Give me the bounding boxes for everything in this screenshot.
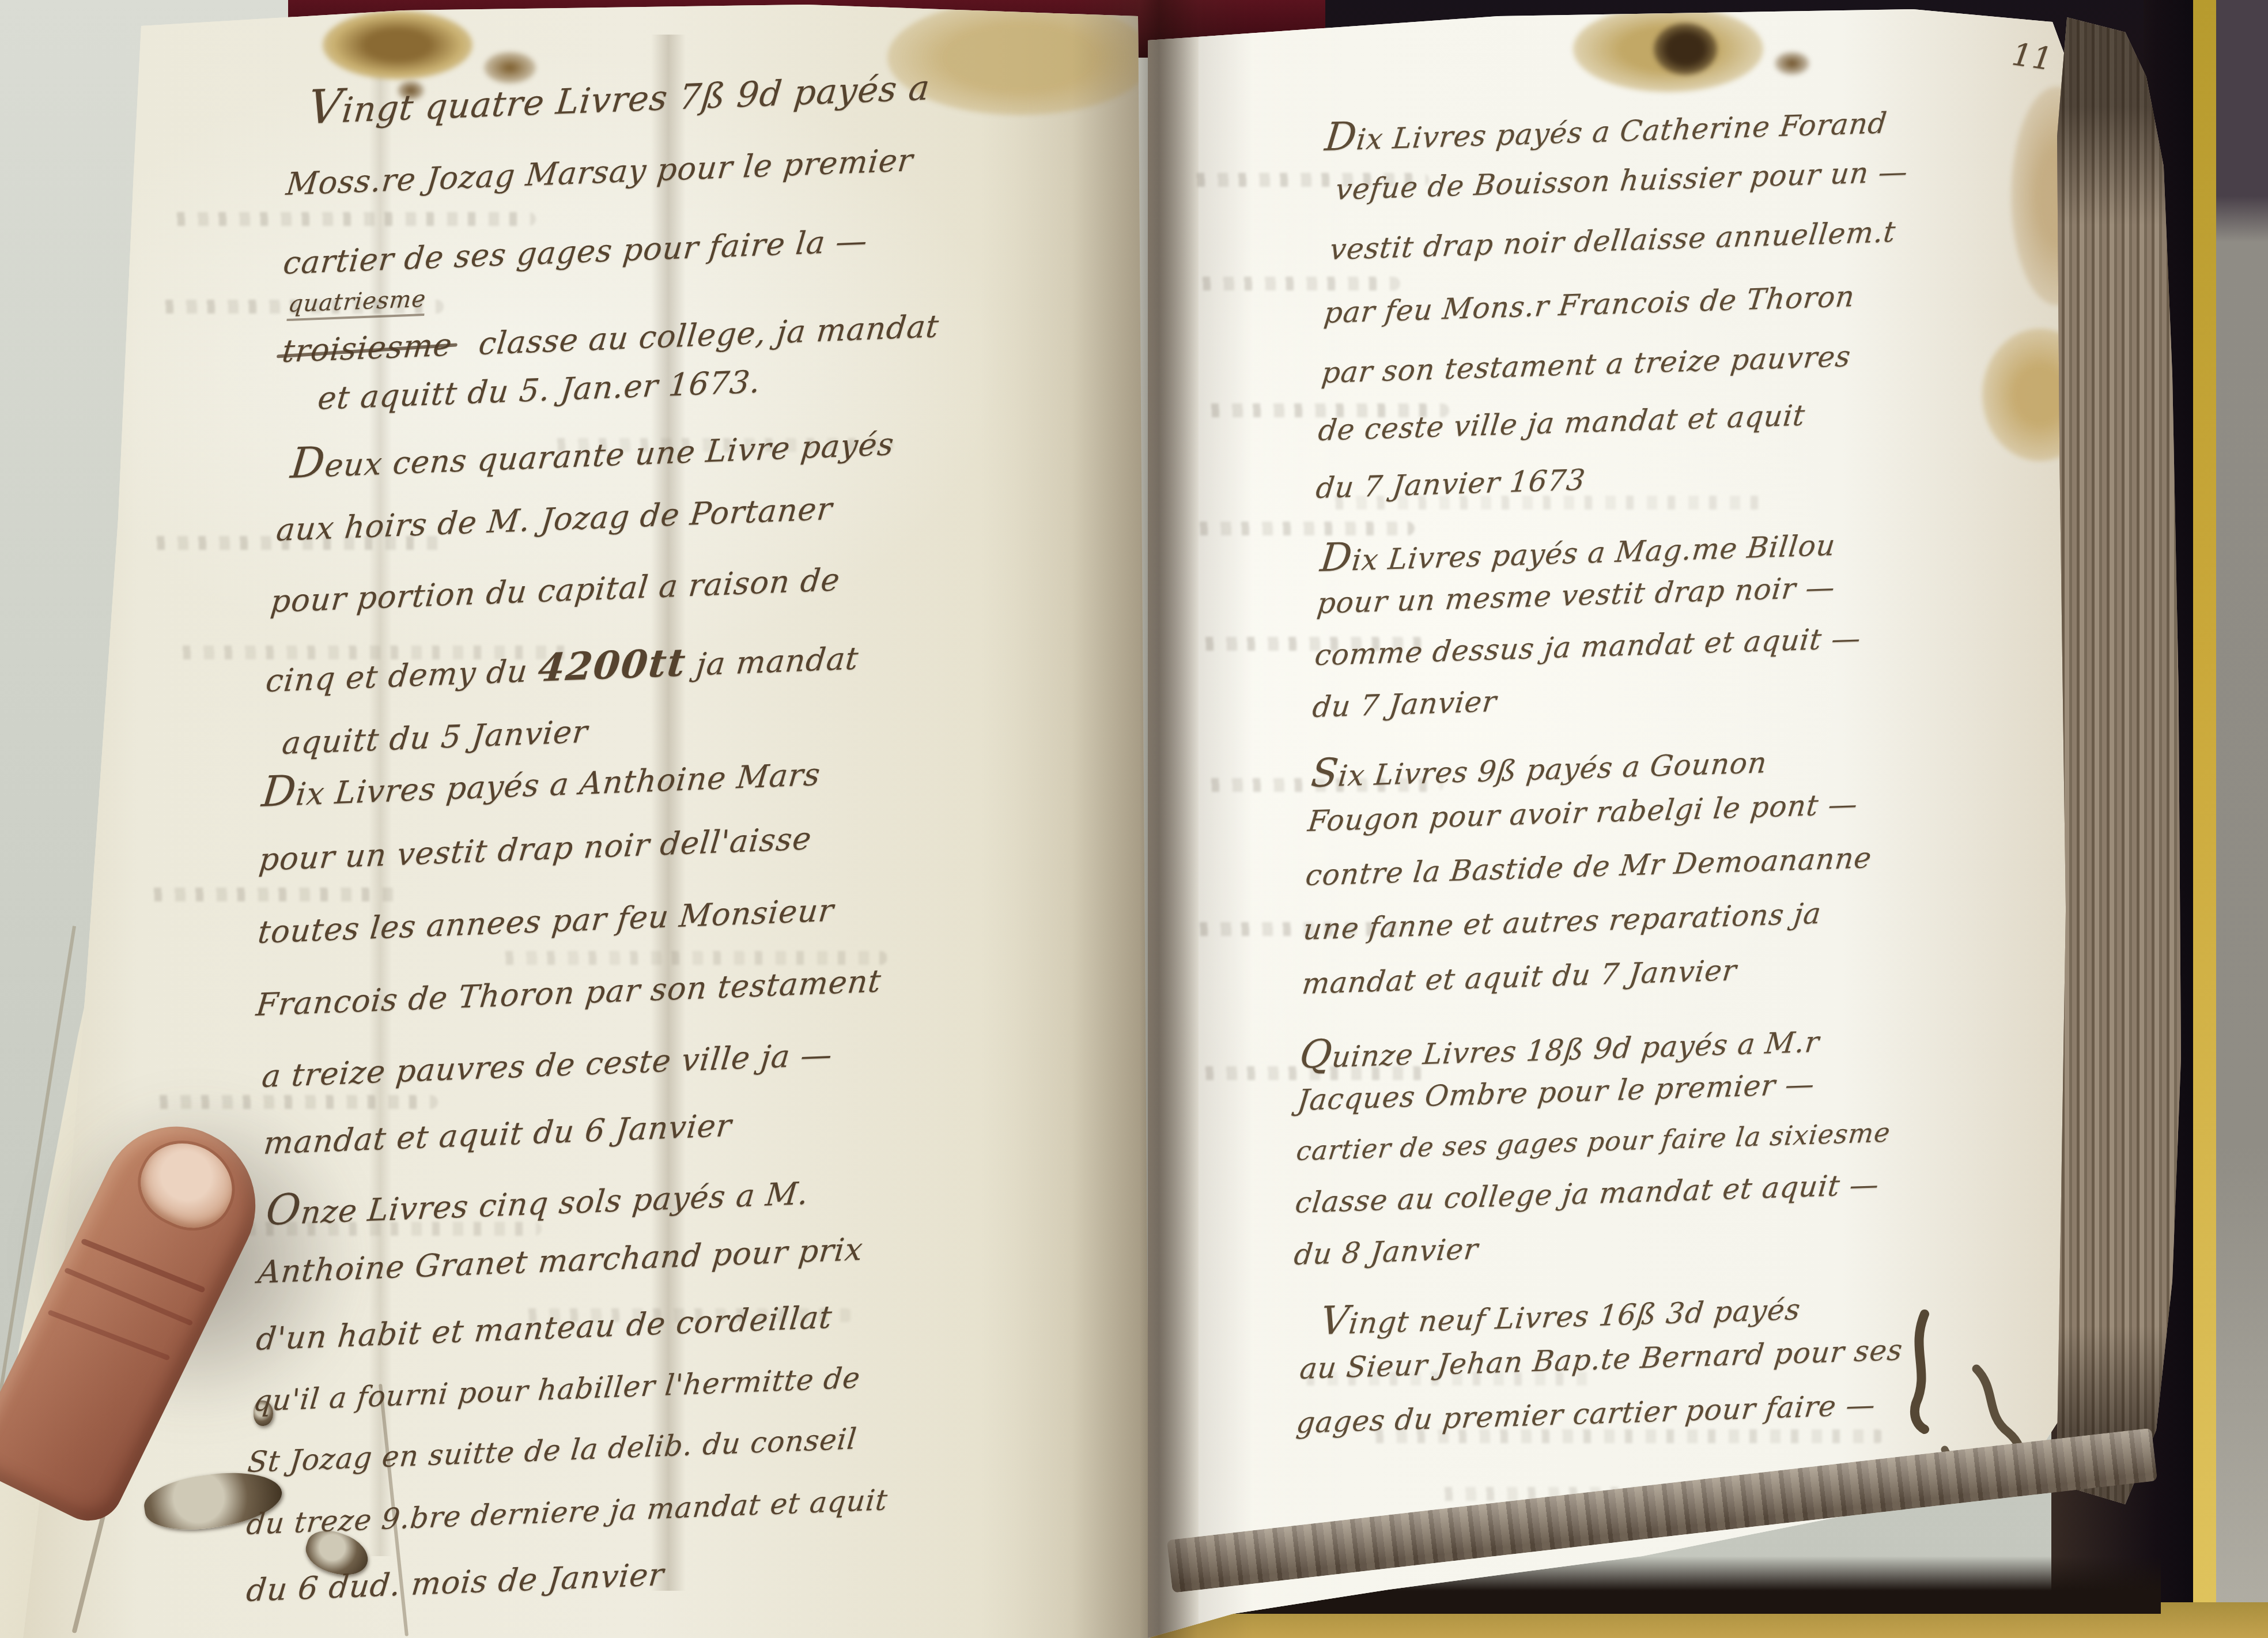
page-number: 11 <box>2010 36 2055 77</box>
amount-value: 4200tt <box>536 640 688 690</box>
knuckle-crease <box>47 1309 170 1361</box>
worm-hole <box>86 259 101 272</box>
ink-stain <box>1654 23 1717 75</box>
struck-word: troisiesme <box>281 327 454 370</box>
gutter-shadow <box>1072 0 1314 1638</box>
photo-open-manuscript: Vingt quatre Livres 7ß 9d payés a Moss.r… <box>0 0 2268 1638</box>
manuscript-line: du 7 Janvier <box>1311 685 1499 724</box>
background-wall-right <box>2216 0 2268 1638</box>
table-edge-stripe <box>2193 0 2217 1638</box>
amount-post: ja mandat <box>684 640 860 683</box>
ink-stain <box>323 10 472 80</box>
ink-stain <box>1775 52 1809 75</box>
manuscript-line: du 8 Janvier <box>1292 1232 1480 1271</box>
fore-edge <box>2057 17 2181 1504</box>
manuscript-interline-word: quatriesme <box>286 286 427 321</box>
